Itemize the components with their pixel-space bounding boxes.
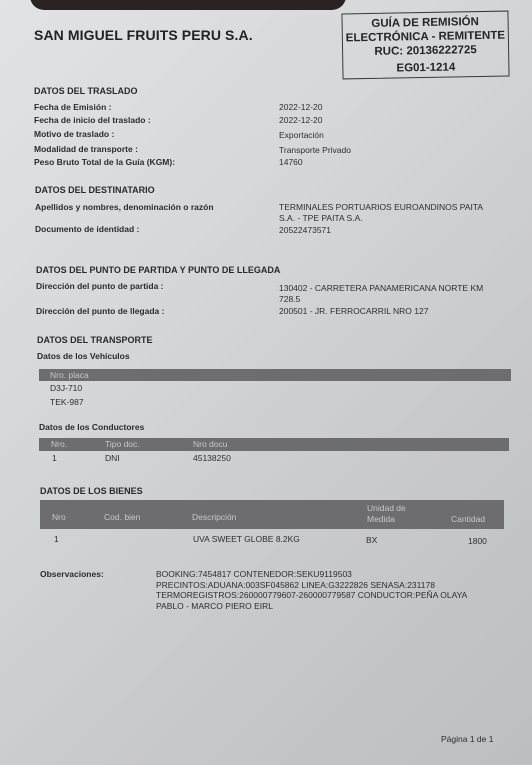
value-motivo: Exportación [279, 130, 324, 141]
observaciones-line: BOOKING:7454817 CONTENEDOR:SEKU9119503 [156, 569, 496, 580]
ruc: RUC: 20136222725 [343, 43, 508, 60]
section-title-destinatario: DATOS DEL DESTINATARIO [35, 185, 155, 195]
value-razon-social: TERMINALES PORTUARIOS EUROANDINOS PAITA … [279, 202, 483, 223]
value-razon-social-line1: TERMINALES PORTUARIOS EUROANDINOS PAITA [279, 202, 483, 213]
value-punto-partida-line2: 728.5 [279, 294, 483, 305]
label-peso: Peso Bruto Total de la Guía (KGM): [34, 157, 175, 167]
conductor-tipo-doc: DNI [105, 453, 120, 463]
conductores-table-header: Nro. Tipo doc. Nro docu [39, 438, 509, 451]
value-punto-llegada: 200501 - JR. FERROCARRIL NRO 127 [279, 306, 428, 317]
bien-unidad: BX [366, 535, 377, 545]
observaciones-line: PABLO - MARCO PIERO EIRL [156, 601, 496, 612]
label-motivo: Motivo de traslado : [34, 129, 114, 139]
section-title-bienes: DATOS DE LOS BIENES [40, 486, 143, 496]
header-nro-docu: Nro docu [193, 439, 228, 449]
page-number: Página 1 de 1 [441, 734, 493, 744]
header-nro: Nro [52, 512, 66, 522]
label-modalidad: Modalidad de transporte : [34, 144, 138, 154]
value-peso: 14760 [279, 157, 303, 168]
bien-descripcion: UVA SWEET GLOBE 8.2KG [193, 534, 300, 544]
value-punto-partida-line1: 130402 - CARRETERA PANAMERICANA NORTE KM [279, 283, 483, 294]
header-cantidad: Cantidad [451, 514, 485, 524]
doc-number: EG01-1214 [343, 60, 508, 77]
observaciones-text: BOOKING:7454817 CONTENEDOR:SEKU9119503 P… [156, 569, 496, 611]
header-unidad-de: Unidad de [367, 503, 406, 513]
subsection-title-vehiculos: Datos de los Vehículos [37, 351, 130, 361]
label-observaciones: Observaciones: [40, 569, 104, 579]
company-name: SAN MIGUEL FRUITS PERU S.A. [34, 27, 253, 43]
header-medida: Medida [367, 514, 395, 524]
header-nro-placa: Nro. placa [50, 370, 89, 380]
label-fecha-inicio: Fecha de inicio del traslado : [34, 115, 151, 125]
conductor-nro-docu: 45138250 [193, 453, 231, 463]
bien-nro: 1 [54, 534, 59, 544]
subsection-title-conductores: Datos de los Conductores [39, 422, 144, 432]
observaciones-line: TERMOREGISTROS:260000779607-260000779587… [156, 590, 496, 601]
header-tipo-doc: Tipo doc. [105, 439, 140, 449]
label-razon-social: Apellidos y nombres, denominación o razó… [35, 202, 214, 212]
vehiculo-row: TEK-987 [50, 397, 84, 407]
conductor-nro: 1 [52, 453, 57, 463]
section-title-traslado: DATOS DEL TRASLADO [34, 86, 138, 96]
doc-type-line2: ELECTRÓNICA - REMITENTE [343, 29, 508, 46]
value-punto-partida: 130402 - CARRETERA PANAMERICANA NORTE KM… [279, 283, 483, 304]
label-punto-partida: Dirección del punto de partida : [36, 281, 164, 291]
value-modalidad: Transporte Privado [279, 145, 351, 156]
observaciones-line: PRECINTOS:ADUANA:003SF045862 LINEA:G3222… [156, 580, 496, 591]
value-fecha-emision: 2022-12-20 [279, 102, 322, 113]
label-fecha-emision: Fecha de Emisión : [34, 102, 111, 112]
vehiculo-row: D3J-710 [50, 383, 82, 393]
section-title-transporte: DATOS DEL TRANSPORTE [37, 335, 153, 345]
header-cod-bien: Cod. bien [104, 512, 140, 522]
value-documento-identidad: 20522473571 [279, 225, 331, 236]
bien-cantidad: 1800 [468, 536, 487, 546]
value-razon-social-line2: S.A. - TPE PAITA S.A. [279, 213, 483, 224]
header-descripcion: Descripción [192, 512, 236, 522]
document-title-box: GUÍA DE REMISIÓN ELECTRÓNICA - REMITENTE… [341, 11, 509, 80]
bienes-table-header: Nro Cod. bien Descripción Unidad de Medi… [40, 500, 504, 529]
label-punto-llegada: Dirección del punto de llegada : [36, 306, 164, 316]
header-nro: Nro. [51, 439, 67, 449]
value-fecha-inicio: 2022-12-20 [279, 115, 322, 126]
label-documento-identidad: Documento de identidad : [35, 224, 139, 234]
photo-edge-dark-object [30, 0, 346, 10]
section-title-puntos: DATOS DEL PUNTO DE PARTIDA Y PUNTO DE LL… [36, 265, 280, 275]
vehiculos-table-header: Nro. placa [39, 369, 511, 381]
